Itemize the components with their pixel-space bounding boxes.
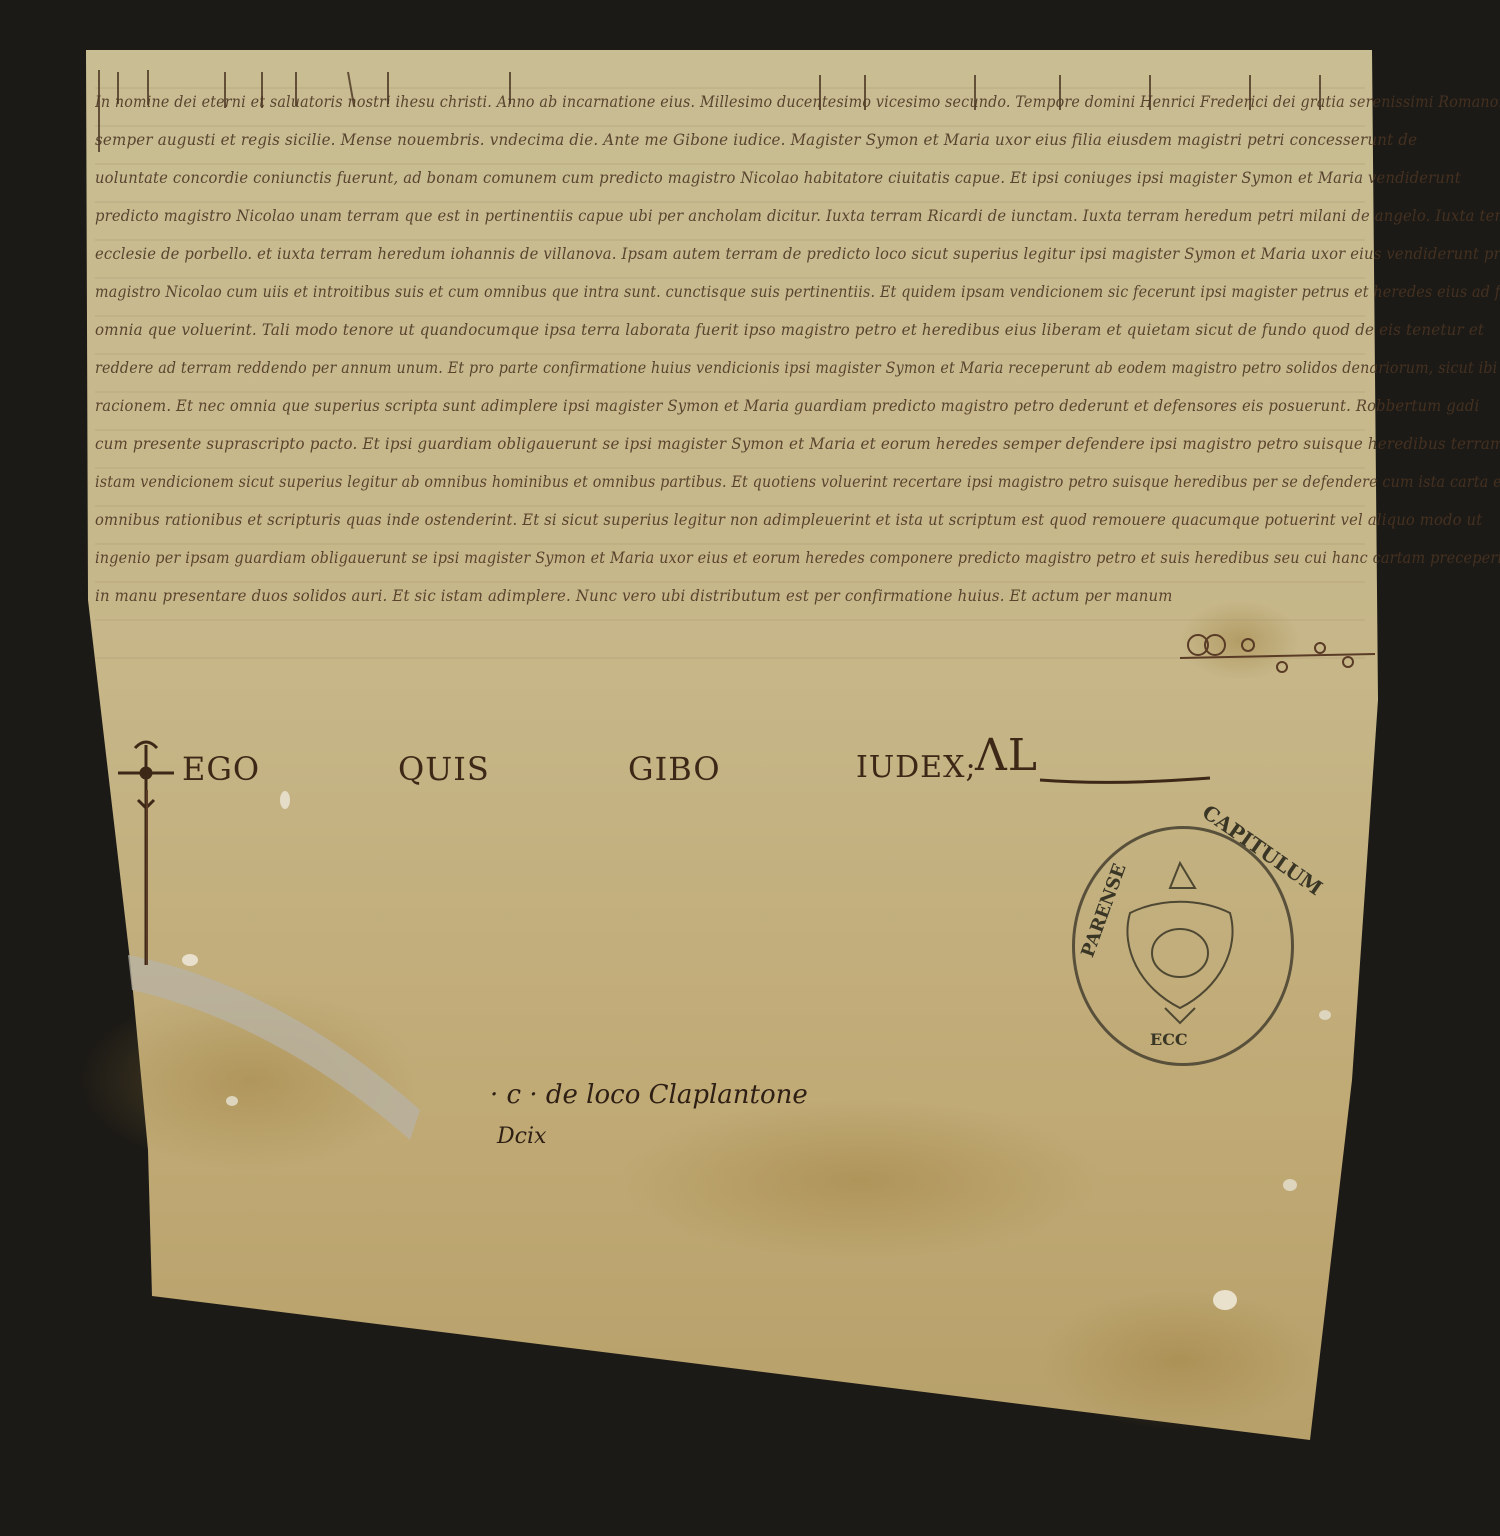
text-line-2: semper augusti et regis sicilie. Mense n… xyxy=(95,131,1458,161)
archival-note-line-2: Dcix xyxy=(497,1124,546,1149)
subscription-name: QUIS xyxy=(398,750,490,788)
text-line-8: reddere ad terram reddendo per annum unu… xyxy=(95,359,1500,389)
text-line-7: omnia que voluerint. Tali modo tenore ut… xyxy=(95,321,1500,351)
notary-sign-stem xyxy=(146,790,148,965)
text-line-5: ecclesie de porbello. et iuxta terram he… xyxy=(95,245,1500,275)
text-line-12: omnibus rationibus et scripturis quas in… xyxy=(95,511,1500,541)
archival-note-line-1: · c · de loco Claplantone xyxy=(490,1080,808,1110)
text-line-1: In nomine dei eterni et saluatoris nostr… xyxy=(95,93,1500,123)
text-line-11: istam vendicionem sicut superius legitur… xyxy=(95,473,1500,503)
text-line-4: predicto magistro Nicolao unam terram qu… xyxy=(95,207,1500,237)
text-line-14: in manu presentare duos solidos auri. Et… xyxy=(95,587,1175,617)
text-line-10: cum presente suprascripto pacto. Et ipsi… xyxy=(95,435,1500,465)
judge-monogram: ɅL xyxy=(975,730,1038,781)
text-line-13: ingenio per ipsam guardiam obligauerunt … xyxy=(95,549,1500,579)
subscription-gibo: GIBO xyxy=(628,750,721,788)
subscription-iudex: IUDEX; xyxy=(856,750,977,785)
text-line-9: racionem. Et nec omnia que superius scri… xyxy=(95,397,1500,427)
text-line-3: uoluntate concordie coniunctis fuerunt, … xyxy=(95,169,1500,199)
subscription-ego: EGO xyxy=(182,750,260,788)
text-line-6: magistro Nicolao cum uiis et introitibus… xyxy=(95,283,1500,313)
seal-legend-bottom: ECC xyxy=(1150,1030,1188,1049)
